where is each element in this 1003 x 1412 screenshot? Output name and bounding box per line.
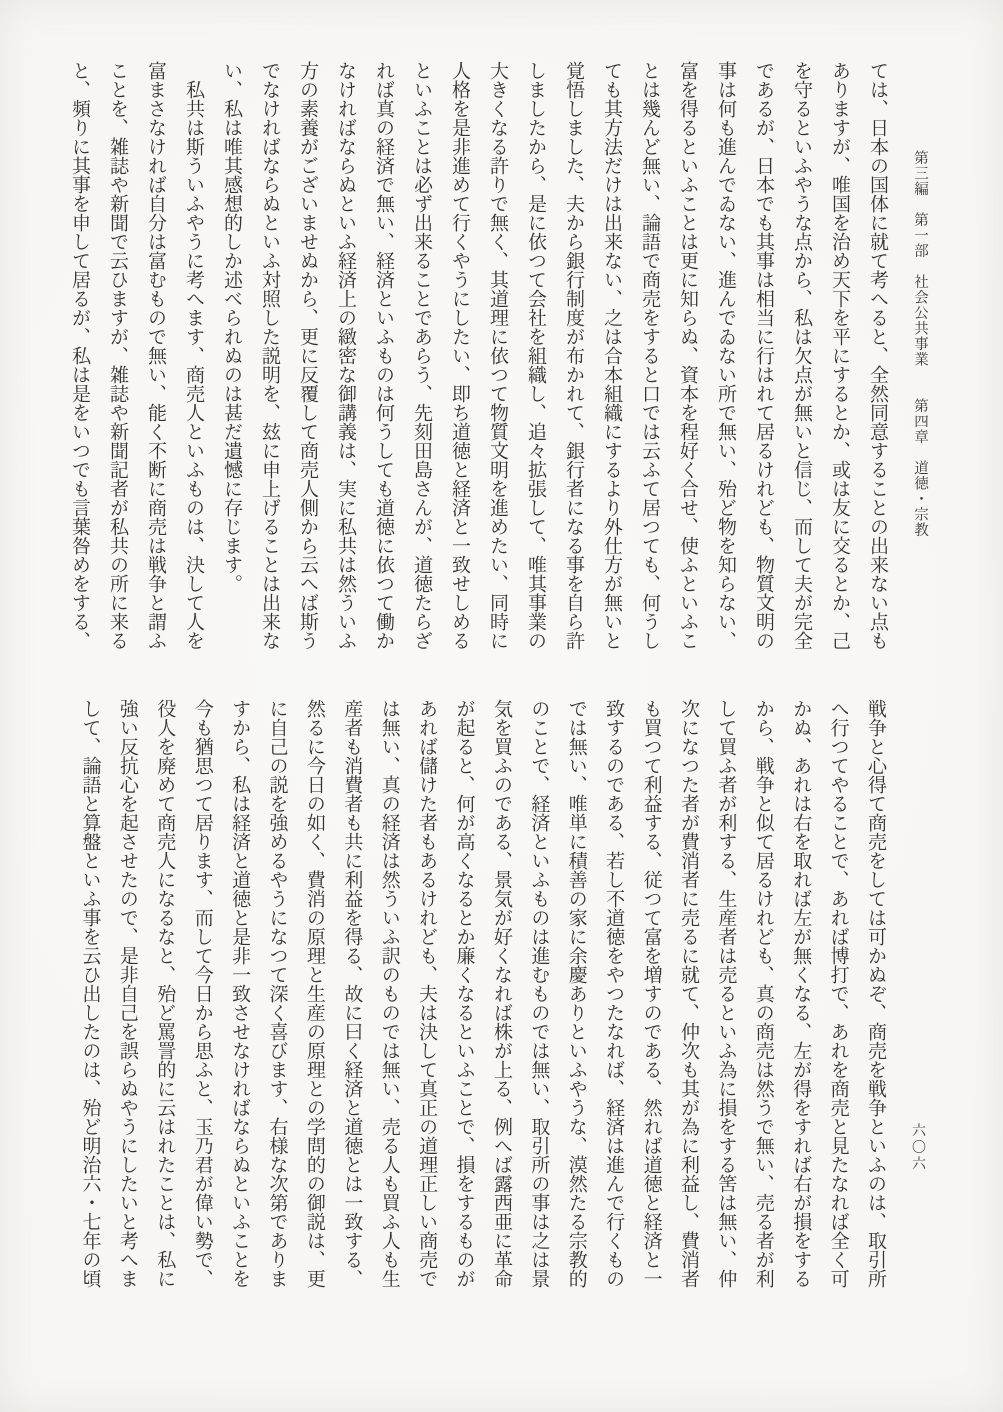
text-line: して買ふ者が利する、生産者は売るといふ為に損をする筈は無い、仲 bbox=[707, 699, 744, 1293]
text-line: とは幾んど無い、論語で商売をすると口では云ふて居つても、何うし bbox=[631, 61, 669, 655]
text-line: 人格を是非進めて行くやうにしたい、即ち道徳と経済と一致せしめる bbox=[441, 61, 479, 655]
text-line: ありますが、唯国を治め天下を平にするとか、或は友に交るとか、己 bbox=[821, 61, 859, 655]
text-line: ても其方法だけは出来ない、之は合本組織にするより外仕方が無いと bbox=[593, 61, 631, 655]
text-line: のことで、経済といふものは進むものでは無い、取引所の事は之は景 bbox=[520, 699, 557, 1293]
text-line: 産者も消費者も共に利益を得る、故に曰く経済と道徳とは一致する、 bbox=[333, 699, 370, 1293]
text-line: 役人を廃めて商売人になるなと、殆ど罵詈的に云はれたことは、私に bbox=[146, 699, 183, 1293]
text-line: 富を得るといふことは更に知らぬ、資本を程好く合せ、使ふといふこ bbox=[669, 61, 707, 655]
text-line: が起ると、何が高くなるとか廉くなるといふことで、損をするものが bbox=[445, 699, 482, 1293]
text-line: しましたから、是に依つて会社を組織し、追々拡張して、唯其事業の bbox=[517, 61, 555, 655]
text-line: を守るといふやうな点から、私は欠点が無いと信じ、而して夫が完全 bbox=[783, 61, 821, 655]
text-line: あれば儲けた者もあるけれども、夫は決して真正の道理正しい商売で bbox=[408, 699, 445, 1293]
running-header: 第三編 第一部 社会公共事業 第四章 道徳・宗教 bbox=[910, 150, 931, 538]
text-line: 大きくなる許りで無く、其道理に依つて物質文明を進めたい、同時に bbox=[479, 61, 517, 655]
text-line: い、私は唯其感想的しか述べられぬのは甚だ遺憾に存じます。 bbox=[213, 61, 251, 655]
text-line: 強い反抗心を起させたので、是非自己を誤らぬやうにしたいと考へま bbox=[108, 699, 145, 1293]
text-line: は無い、真の経済は然ういふ訳のものでは無い、売る人も買ふ人も生 bbox=[370, 699, 407, 1293]
text-line: でなければならぬといふ対照した説明を、玆に申上げることは出来な bbox=[251, 61, 289, 655]
book-page: 第三編 第一部 社会公共事業 第四章 道徳・宗教 六〇六 ては、日本の国体に就て… bbox=[0, 0, 1003, 1412]
text-line: であるが、日本でも其事は相当に行はれて居るけれども、物質文明の bbox=[745, 61, 783, 655]
text-line: かぬ、あれは右を取れば左が無くなる、左が得をすれば右が損をする bbox=[782, 699, 819, 1293]
page-number: 六〇六 bbox=[908, 1123, 928, 1173]
text-line: 戦争と心得て商売をしては可かぬぞ、商売を戦争といふのは、取引所 bbox=[857, 699, 894, 1293]
text-line: に自己の説を強めるやうになつて深く喜びます、右様な次第でありま bbox=[258, 699, 295, 1293]
text-line: 事は何も進んでゐない、進んでゐない所で無い、殆ど物を知らない、 bbox=[707, 61, 745, 655]
text-line: 然るに今日の如く、費消の原理と生産の原理との学問的の御説は、更 bbox=[296, 699, 333, 1293]
text-line: 富まさなければ自分は富むもので無い、能く不断に商売は戦争と謂ふ bbox=[137, 61, 175, 655]
text-line: も買つて利益する、従つて富を増すのである、然れば道徳と経済と一 bbox=[632, 699, 669, 1293]
text-line: して、論語と算盤といふ事を云ひ出したのは、殆ど明治六・七年の頃 bbox=[71, 699, 108, 1293]
text-line: 私共は斯ういふやうに考へます、商売人といふものは、決して人を bbox=[175, 61, 213, 655]
text-line: 致するのである、若し不道徳をやつたなれば、経済は進んで行くもの bbox=[595, 699, 632, 1293]
text-line: ことを、雑誌や新聞で云ひますが、雑誌や新聞記者が私共の所に来る bbox=[99, 61, 137, 655]
text-line: 方の素養がございませぬから、更に反覆して商売人側から云へば斯う bbox=[289, 61, 327, 655]
text-line: といふことは必ず出来ることであらう、先刻田島さんが、道徳たらざ bbox=[403, 61, 441, 655]
text-line: 次になつた者が費消者に売るに就て、仲次も其が為に利益し、費消者 bbox=[670, 699, 707, 1293]
text-line: と、頻りに其事を申して居るが、私は是をいつでも言葉咎めをする、 bbox=[61, 61, 99, 655]
text-line: ては、日本の国体に就て考へると、全然同意することの出来ない点も bbox=[859, 61, 897, 655]
text-line: すから、私は経済と道徳と是非一致させなければならぬといふことを bbox=[221, 699, 258, 1293]
text-line: なければならぬといふ経済上の緻密な御講義は、実に私共は然ういふ bbox=[327, 61, 365, 655]
text-line: 気を買ふのである、景気が好くなれば株が上る、例へば露西亜に革命 bbox=[483, 699, 520, 1293]
text-block-bottom: 戦争と心得て商売をしては可かぬぞ、商売を戦争といふのは、取引所へ行つてやることで… bbox=[71, 699, 894, 1293]
text-line: へ行つてやることで、あれば博打で、あれを商売と見たなれば全く可 bbox=[819, 699, 856, 1293]
text-line: れば真の経済で無い、経済といふものは何うしても道徳に依つて働か bbox=[365, 61, 403, 655]
text-line: 覚悟しました、夫から銀行制度が布かれて、銀行者になる事を自ら許 bbox=[555, 61, 593, 655]
text-line: から、戦争と似て居るけれども、真の商売は然うで無い、売る者が利 bbox=[744, 699, 781, 1293]
text-line: では無い、唯単に積善の家に余慶ありといふやうな、漠然たる宗教的 bbox=[557, 699, 594, 1293]
text-block-top: ては、日本の国体に就て考へると、全然同意することの出来ない点もありますが、唯国を… bbox=[61, 61, 897, 655]
text-line: 今も猶思つて居ります、而して今日から思ふと、玉乃君が偉い勢で、 bbox=[183, 699, 220, 1293]
